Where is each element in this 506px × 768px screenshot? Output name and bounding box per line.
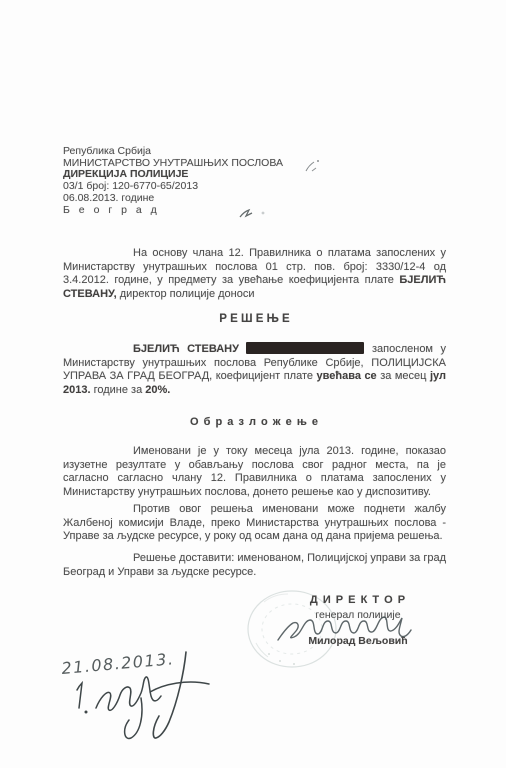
explanation-paragraph: Именовани је у току месеца јула 2013. го… — [63, 445, 446, 499]
decision-text-3: године за — [91, 384, 146, 396]
director-rank: генерал полиције — [290, 609, 426, 621]
redaction-box — [246, 342, 364, 354]
pencil-mark-top — [302, 156, 324, 176]
letterhead-country: Република Србија — [63, 146, 283, 158]
director-title: Д И Р Е К Т О Р — [290, 594, 426, 606]
appeal-paragraph: Против овог решења именовани може поднет… — [63, 503, 446, 544]
intro-text-1: На основу члана 12. Правилника о платама… — [63, 247, 446, 286]
director-name: Милорад Вељовић — [290, 635, 426, 647]
letterhead: Република Србија МИНИСТАРСТВО УНУТРАШЊИХ… — [63, 146, 283, 216]
signature-block: Д И Р Е К Т О Р генерал полиције Милорад… — [290, 594, 426, 647]
scanned-document-page: Република Србија МИНИСТАРСТВО УНУТРАШЊИХ… — [0, 0, 506, 768]
letterhead-date: 06.08.2013. године — [63, 193, 283, 205]
decision-title: Р Е Ш Е Њ Е — [63, 313, 446, 325]
explanation-title: О б р а з л о ж е њ е — [63, 416, 446, 428]
decision-percent-bold: 20%. — [145, 384, 170, 396]
handwritten-date: 21.08.2013. — [61, 649, 175, 678]
decision-text-2: за месец — [377, 370, 430, 382]
delivery-paragraph: Решење доставити: именованом, Полицијско… — [63, 552, 446, 579]
decision-increase-bold: увећава се — [317, 370, 377, 382]
handwritten-note: 21.08.2013. — [50, 642, 225, 757]
intro-text-2: директор полиције доноси — [117, 288, 255, 300]
decision-employee-name: БЈЕЛИЋ СТЕВАНУ — [133, 343, 246, 355]
intro-paragraph: На основу члана 12. Правилника о платама… — [63, 247, 446, 301]
letterhead-city: Б е о г р а д — [63, 205, 283, 217]
decision-paragraph: БЈЕЛИЋ СТЕВАНУ запосленом у Министарству… — [63, 342, 446, 397]
